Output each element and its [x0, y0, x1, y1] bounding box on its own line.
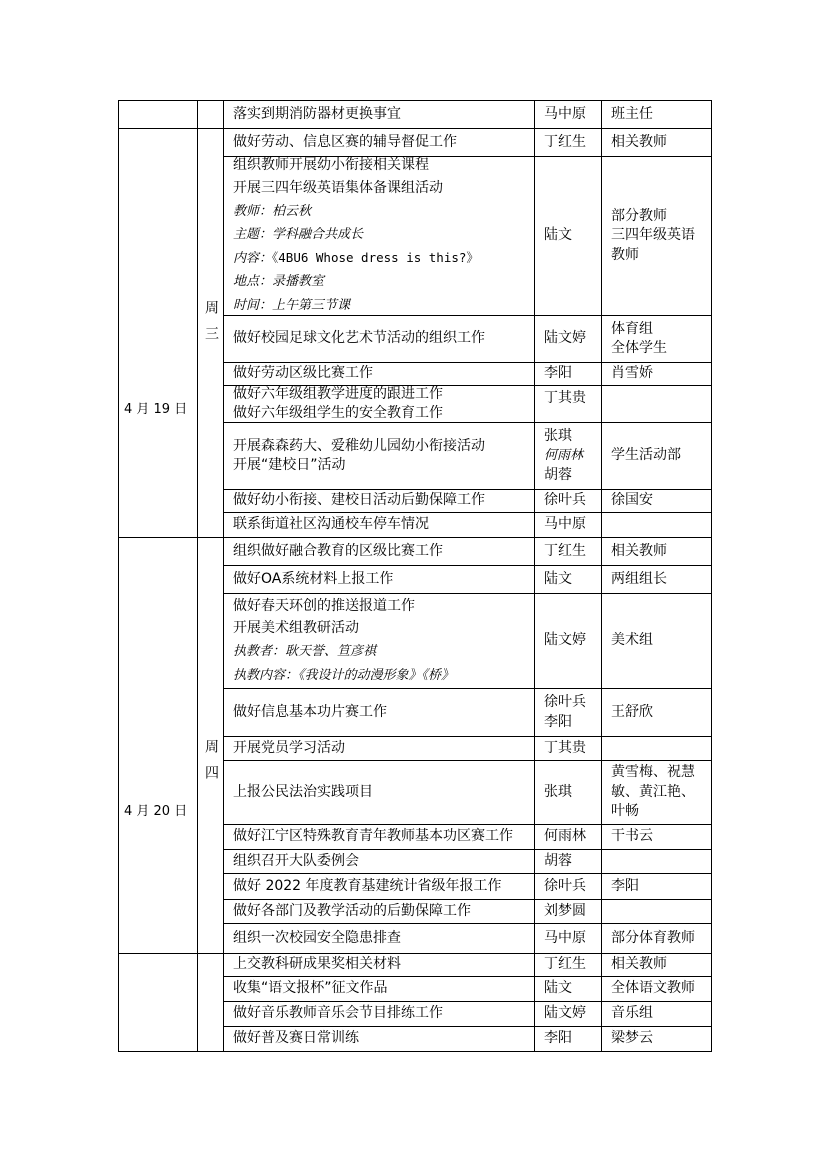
related-cell: 相关教师 [601, 538, 711, 565]
text-line: 组织一次校园安全隐患排查 [233, 929, 530, 949]
task-cell: 做好春天环创的推送报道工作开展美术组教研活动执教者：耿天誉、笪彦祺执教内容：《我… [224, 593, 534, 688]
text-segment: 两组组长 [611, 571, 667, 587]
related-cell: 相关教师 [601, 954, 711, 976]
text-line: 马中原 [544, 515, 597, 535]
related-cell [601, 736, 711, 760]
task-cell: 做好音乐教师音乐会节目排练工作 [224, 1001, 534, 1026]
text-line: 做好幼小衔接、建校日活动后勤保障工作 [233, 491, 530, 511]
text-segment: 做好OA系统材料上报工作 [233, 571, 393, 587]
text-segment: 组织教师开展幼小衔接相关课程 [233, 157, 429, 173]
text-segment: 上报公民法治实践项目 [233, 784, 373, 800]
text-line: 相关教师 [611, 133, 707, 153]
text-segment: 丁其贵 [544, 740, 586, 756]
text-line: 做好江宁区特殊教育青年教师基本功区赛工作 [233, 827, 530, 847]
text-line: 丁其贵 [544, 389, 597, 409]
text-line: 学生活动部 [611, 446, 707, 466]
text-line: 丁其贵 [544, 739, 597, 759]
text-segment: 相关教师 [611, 956, 667, 972]
text-segment: 胡蓉 [544, 467, 572, 483]
task-cell: 做好普及赛日常训练 [224, 1026, 534, 1051]
text-line: 执教者：耿天誉、笪彦祺 [233, 640, 530, 664]
text-line: 丁红生 [544, 133, 597, 153]
lead-cell: 陆文 [534, 156, 601, 315]
text-line: 陆文婷 [544, 1004, 597, 1024]
text-segment: 干书云 [611, 828, 653, 844]
text-line: 收集“语文报杯”征文作品 [233, 979, 530, 999]
text-segment: 开展三四年级英语集体备课组活动 [233, 180, 443, 196]
text-segment: 丁其贵 [544, 390, 586, 406]
text-line: 部分教师 [611, 207, 707, 227]
text-segment: 李阳 [544, 1030, 572, 1046]
text-line: 做好 2022 年度教育基建统计省级年报工作 [233, 877, 530, 897]
text-segment: 音乐组 [611, 1005, 653, 1021]
task-cell: 组织召开大队委例会 [224, 849, 534, 873]
text-segment: 全体学生 [611, 340, 667, 356]
text-segment: 组织召开大队委例会 [233, 853, 359, 869]
weekday-cell [198, 954, 224, 1051]
related-cell: 部分教师三四年级英语教师 [601, 156, 711, 315]
text-line: 组织做好融合教育的区级比赛工作 [233, 542, 530, 562]
text-segment: 开展美术组教研活动 [233, 620, 359, 636]
text-segment: 丁红生 [544, 543, 586, 559]
text-line: 丁红生 [544, 955, 597, 975]
text-segment: 时间：上午第三节课 [233, 298, 350, 313]
related-cell: 学生活动部 [601, 422, 711, 489]
lead-cell: 陆文 [534, 976, 601, 1001]
related-cell: 两组组长 [601, 565, 711, 593]
text-segment: 李阳 [611, 878, 639, 894]
text-line: 执教内容：《我设计的动漫形象》《桥》 [233, 664, 530, 688]
text-line: 组织召开大队委例会 [233, 852, 530, 872]
text-line: 刘梦圆 [544, 902, 597, 922]
related-cell [601, 849, 711, 873]
text-segment: 黄雪梅、祝慧 [611, 764, 695, 780]
text-segment: 李阳 [544, 365, 572, 381]
text-segment: 教师 [611, 247, 639, 263]
text-line: 全体学生 [611, 339, 707, 359]
text-line: 徐叶兵 [544, 491, 597, 511]
text-line: 做好音乐教师音乐会节目排练工作 [233, 1004, 530, 1024]
lead-cell: 丁红生 [534, 954, 601, 976]
text-line: 全体语文教师 [611, 979, 707, 999]
text-line: 马中原 [544, 105, 597, 125]
text-segment: 做好幼小衔接、建校日活动后勤保障工作 [233, 492, 485, 508]
text-line: 上交教科研成果奖相关材料 [233, 955, 530, 975]
text-segment: 做好春天环创的推送报道工作 [233, 598, 415, 614]
text-line: 组织教师开展幼小衔接相关课程 [233, 156, 530, 177]
text-line: 班主任 [611, 105, 707, 125]
text-segment: 何雨林 [544, 448, 583, 463]
text-segment: 做好各部门及教学活动的后勤保障工作 [233, 903, 471, 919]
text-line: 联系街道社区沟通校车停车情况 [233, 515, 530, 535]
text-segment: 开展“建校日”活动 [233, 457, 346, 473]
text-line: 陆文婷 [544, 631, 597, 651]
text-segment: 陆文婷 [544, 632, 586, 648]
text-line: 徐叶兵 [544, 693, 597, 713]
text-line: 地点：录播教室 [233, 270, 530, 294]
text-segment: 何雨林 [544, 828, 586, 844]
text-line: 做好春天环创的推送报道工作 [233, 595, 530, 618]
text-segment: 做好校园足球文化艺术节活动的组织工作 [233, 330, 485, 346]
text-segment: 联系街道社区沟通校车停车情况 [233, 516, 429, 532]
related-cell: 李阳 [601, 873, 711, 899]
text-segment: 收集“语文报杯”征文作品 [233, 980, 388, 996]
weekday-label: 周四 [204, 739, 218, 791]
text-line: 做好六年级组教学进度的跟进工作 [233, 385, 530, 404]
text-line: 陆文 [544, 570, 597, 590]
task-cell: 组织教师开展幼小衔接相关课程开展三四年级英语集体备课组活动教师：柏云秋主题：学科… [224, 156, 534, 315]
text-segment: 徐叶兵 [544, 492, 586, 508]
text-line: 相关教师 [611, 955, 707, 975]
text-line: 做好OA系统材料上报工作 [233, 570, 530, 590]
text-line: 做好劳动区级比赛工作 [233, 364, 530, 384]
related-cell: 班主任 [601, 101, 711, 128]
text-segment: 徐叶兵 [544, 694, 586, 710]
related-cell: 干书云 [601, 824, 711, 849]
text-line: 做好各部门及教学活动的后勤保障工作 [233, 902, 530, 922]
text-segment: 做好劳动、信息区赛的辅导督促工作 [233, 134, 457, 150]
text-segment: 相关教师 [611, 134, 667, 150]
schedule-table: 落实到期消防器材更换事宜马中原班主任4 月 19 日周三做好劳动、信息区赛的辅导… [118, 100, 712, 1052]
text-segment: 学生活动部 [611, 447, 681, 463]
date-cell [119, 954, 198, 1051]
text-segment: 组织一次校园安全隐患排查 [233, 930, 401, 946]
related-cell: 全体语文教师 [601, 976, 711, 1001]
text-line: 李阳 [611, 877, 707, 897]
text-line: 李阳 [544, 713, 597, 733]
text-segment: 全体语文教师 [611, 980, 695, 996]
text-line: 开展三四年级英语集体备课组活动 [233, 177, 530, 200]
related-cell: 体育组全体学生 [601, 315, 711, 362]
text-segment: 丁红生 [544, 134, 586, 150]
text-line: 体育组 [611, 320, 707, 340]
text-line: 黄雪梅、祝慧 [611, 763, 707, 783]
text-line: 开展森森药大、爱稚幼儿园幼小衔接活动 [233, 437, 530, 457]
text-line: 干书云 [611, 827, 707, 847]
text-line: 李阳 [544, 364, 597, 384]
task-cell: 开展党员学习活动 [224, 736, 534, 760]
text-segment: 丁红生 [544, 956, 586, 972]
text-segment: 做好劳动区级比赛工作 [233, 365, 373, 381]
related-cell: 美术组 [601, 593, 711, 688]
text-segment: 执教内容：《我设计的动漫形象》《桥》 [233, 668, 454, 683]
text-line: 做好校园足球文化艺术节活动的组织工作 [233, 329, 530, 349]
task-cell: 上报公民法治实践项目 [224, 760, 534, 824]
text-line: 敏、黄江艳、 [611, 783, 707, 803]
lead-cell: 马中原 [534, 923, 601, 953]
text-line: 开展“建校日”活动 [233, 456, 530, 476]
text-line: 何雨林 [544, 827, 597, 847]
task-cell: 做好六年级组教学进度的跟进工作做好六年级组学生的安全教育工作 [224, 385, 534, 422]
text-line: 内容：《4BU6 Whose dress is this?》 [233, 247, 530, 271]
text-segment: 部分教师 [611, 208, 667, 224]
date-cell [119, 538, 198, 953]
lead-cell: 徐叶兵 [534, 873, 601, 899]
text-line: 徐国安 [611, 491, 707, 511]
text-segment: 马中原 [544, 516, 586, 532]
text-line: 部分体育教师 [611, 929, 707, 949]
task-cell: 做好劳动区级比赛工作 [224, 362, 534, 385]
text-line: 做好信息基本功片赛工作 [233, 703, 530, 723]
date-label: 4 月 19 日 [124, 398, 187, 417]
related-cell: 梁梦云 [601, 1026, 711, 1051]
text-segment: 胡蓉 [544, 853, 572, 869]
text-segment: 上交教科研成果奖相关材料 [233, 956, 401, 972]
text-line: 美术组 [611, 631, 707, 651]
text-segment: 陆文婷 [544, 330, 586, 346]
text-segment: 美术组 [611, 632, 653, 648]
text-segment: 王舒欣 [611, 704, 653, 720]
text-segment: 马中原 [544, 106, 586, 122]
related-cell: 相关教师 [601, 129, 711, 156]
text-segment: 刘梦圆 [544, 903, 586, 919]
text-line: 张琪 [544, 783, 597, 803]
lead-cell: 陆文婷 [534, 593, 601, 688]
text-line: 张琪 [544, 427, 597, 447]
text-line: 王舒欣 [611, 703, 707, 723]
text-line: 落实到期消防器材更换事宜 [233, 105, 530, 125]
text-segment: 执教者：耿天誉、笪彦祺 [233, 644, 376, 659]
related-cell: 音乐组 [601, 1001, 711, 1026]
text-line: 开展党员学习活动 [233, 739, 530, 759]
text-line: 李阳 [544, 1029, 597, 1049]
text-segment: 开展党员学习活动 [233, 740, 345, 756]
text-segment: 徐国安 [611, 492, 653, 508]
text-segment: 陆文婷 [544, 1005, 586, 1021]
text-segment: 李阳 [544, 714, 572, 730]
text-segment: 做好江宁区特殊教育青年教师基本功区赛工作 [233, 828, 513, 844]
text-segment: 内容： [233, 251, 272, 266]
text-line: 胡蓉 [544, 466, 597, 486]
text-line: 教师 [611, 246, 707, 266]
text-segment: 肖雪娇 [611, 365, 653, 381]
text-segment: 落实到期消防器材更换事宜 [233, 106, 401, 122]
text-line: 教师：柏云秋 [233, 200, 530, 224]
text-line: 开展美术组教研活动 [233, 617, 530, 640]
date-cell [119, 101, 198, 128]
text-line: 陆文 [544, 979, 597, 999]
task-cell: 做好各部门及教学活动的后勤保障工作 [224, 899, 534, 923]
lead-cell: 马中原 [534, 101, 601, 128]
text-segment: 徐叶兵 [544, 878, 586, 894]
text-segment: 做好音乐教师音乐会节目排练工作 [233, 1005, 443, 1021]
text-line: 两组组长 [611, 570, 707, 590]
lead-cell: 丁红生 [534, 129, 601, 156]
task-cell: 组织一次校园安全隐患排查 [224, 923, 534, 953]
task-cell: 做好江宁区特殊教育青年教师基本功区赛工作 [224, 824, 534, 849]
task-cell: 组织做好融合教育的区级比赛工作 [224, 538, 534, 565]
text-segment: 陆文 [544, 571, 572, 587]
text-segment: 敏、黄江艳、 [611, 784, 695, 800]
lead-cell: 马中原 [534, 512, 601, 537]
text-segment: 部分体育教师 [611, 930, 695, 946]
lead-cell: 刘梦圆 [534, 899, 601, 923]
weekday-cell [198, 101, 224, 128]
lead-cell: 陆文 [534, 565, 601, 593]
text-segment: 《4BU6 Whose dress is this?》 [272, 250, 479, 265]
task-cell: 做好幼小衔接、建校日活动后勤保障工作 [224, 489, 534, 512]
text-line: 梁梦云 [611, 1029, 707, 1049]
task-cell: 做好信息基本功片赛工作 [224, 688, 534, 736]
text-segment: 马中原 [544, 930, 586, 946]
text-segment: 张琪 [544, 428, 572, 444]
text-segment: 叶畅 [611, 803, 639, 819]
task-cell: 做好OA系统材料上报工作 [224, 565, 534, 593]
lead-cell: 丁其贵 [534, 385, 601, 422]
text-line: 音乐组 [611, 1004, 707, 1024]
task-cell: 做好 2022 年度教育基建统计省级年报工作 [224, 873, 534, 899]
related-cell: 部分体育教师 [601, 923, 711, 953]
task-cell: 联系街道社区沟通校车停车情况 [224, 512, 534, 537]
lead-cell: 张琪 [534, 760, 601, 824]
text-line: 徐叶兵 [544, 877, 597, 897]
text-line: 三四年级英语 [611, 226, 707, 246]
text-segment: 主题：学科融合共成长 [233, 227, 363, 242]
text-line: 做好劳动、信息区赛的辅导督促工作 [233, 133, 530, 153]
task-cell: 落实到期消防器材更换事宜 [224, 101, 534, 128]
document-page: 落实到期消防器材更换事宜马中原班主任4 月 19 日周三做好劳动、信息区赛的辅导… [0, 0, 827, 1170]
lead-cell: 何雨林 [534, 824, 601, 849]
date-group: 落实到期消防器材更换事宜马中原班主任 [119, 101, 711, 128]
text-segment: 陆文 [544, 227, 572, 243]
text-segment: 做好普及赛日常训练 [233, 1030, 359, 1046]
text-segment: 做好信息基本功片赛工作 [233, 704, 387, 720]
text-line: 时间：上午第三节课 [233, 294, 530, 315]
text-line: 做好普及赛日常训练 [233, 1029, 530, 1049]
lead-cell: 陆文婷 [534, 1001, 601, 1026]
lead-cell: 张琪何雨林胡蓉 [534, 422, 601, 489]
text-line: 丁红生 [544, 542, 597, 562]
text-segment: 相关教师 [611, 543, 667, 559]
task-cell: 做好劳动、信息区赛的辅导督促工作 [224, 129, 534, 156]
text-segment: 班主任 [611, 106, 653, 122]
text-segment: 做好六年级组学生的安全教育工作 [233, 405, 443, 421]
lead-cell: 丁红生 [534, 538, 601, 565]
related-cell [601, 899, 711, 923]
text-segment: 三四年级英语 [611, 227, 695, 243]
lead-cell: 徐叶兵 [534, 489, 601, 512]
text-line: 上报公民法治实践项目 [233, 783, 530, 803]
text-line: 陆文婷 [544, 329, 597, 349]
lead-cell: 胡蓉 [534, 849, 601, 873]
related-cell [601, 512, 711, 537]
text-line: 胡蓉 [544, 852, 597, 872]
task-cell: 收集“语文报杯”征文作品 [224, 976, 534, 1001]
weekday-label: 周三 [204, 300, 218, 352]
text-line: 何雨林 [544, 446, 597, 466]
lead-cell: 李阳 [534, 1026, 601, 1051]
text-segment: 地点：录播教室 [233, 274, 324, 289]
text-line: 叶畅 [611, 802, 707, 822]
text-segment: 开展森森药大、爱稚幼儿园幼小衔接活动 [233, 438, 485, 454]
lead-cell: 丁其贵 [534, 736, 601, 760]
task-cell: 做好校园足球文化艺术节活动的组织工作 [224, 315, 534, 362]
text-line: 肖雪娇 [611, 364, 707, 384]
date-label: 4 月 20 日 [124, 800, 187, 819]
text-line: 主题：学科融合共成长 [233, 223, 530, 247]
lead-cell: 徐叶兵李阳 [534, 688, 601, 736]
text-segment: 陆文 [544, 980, 572, 996]
text-line: 马中原 [544, 929, 597, 949]
related-cell: 肖雪娇 [601, 362, 711, 385]
date-group: 上交教科研成果奖相关材料丁红生相关教师收集“语文报杯”征文作品陆文全体语文教师做… [119, 953, 711, 1051]
text-segment: 体育组 [611, 321, 653, 337]
related-cell: 徐国安 [601, 489, 711, 512]
related-cell: 黄雪梅、祝慧敏、黄江艳、叶畅 [601, 760, 711, 824]
task-cell: 上交教科研成果奖相关材料 [224, 954, 534, 976]
lead-cell: 陆文婷 [534, 315, 601, 362]
text-segment: 教师：柏云秋 [233, 204, 311, 219]
lead-cell: 李阳 [534, 362, 601, 385]
text-line: 相关教师 [611, 542, 707, 562]
date-group: 4 月 20 日周四组织做好融合教育的区级比赛工作丁红生相关教师做好OA系统材料… [119, 537, 711, 953]
text-segment: 梁梦云 [611, 1030, 653, 1046]
text-line: 陆文 [544, 226, 597, 246]
text-segment: 做好六年级组教学进度的跟进工作 [233, 386, 443, 402]
date-group: 4 月 19 日周三做好劳动、信息区赛的辅导督促工作丁红生相关教师组织教师开展幼… [119, 128, 711, 537]
related-cell: 王舒欣 [601, 688, 711, 736]
text-segment: 张琪 [544, 784, 572, 800]
text-segment: 做好 2022 年度教育基建统计省级年报工作 [233, 878, 502, 894]
task-cell: 开展森森药大、爱稚幼儿园幼小衔接活动开展“建校日”活动 [224, 422, 534, 489]
text-segment: 组织做好融合教育的区级比赛工作 [233, 543, 443, 559]
text-line: 做好六年级组学生的安全教育工作 [233, 404, 530, 422]
related-cell [601, 385, 711, 422]
date-cell [119, 129, 198, 537]
